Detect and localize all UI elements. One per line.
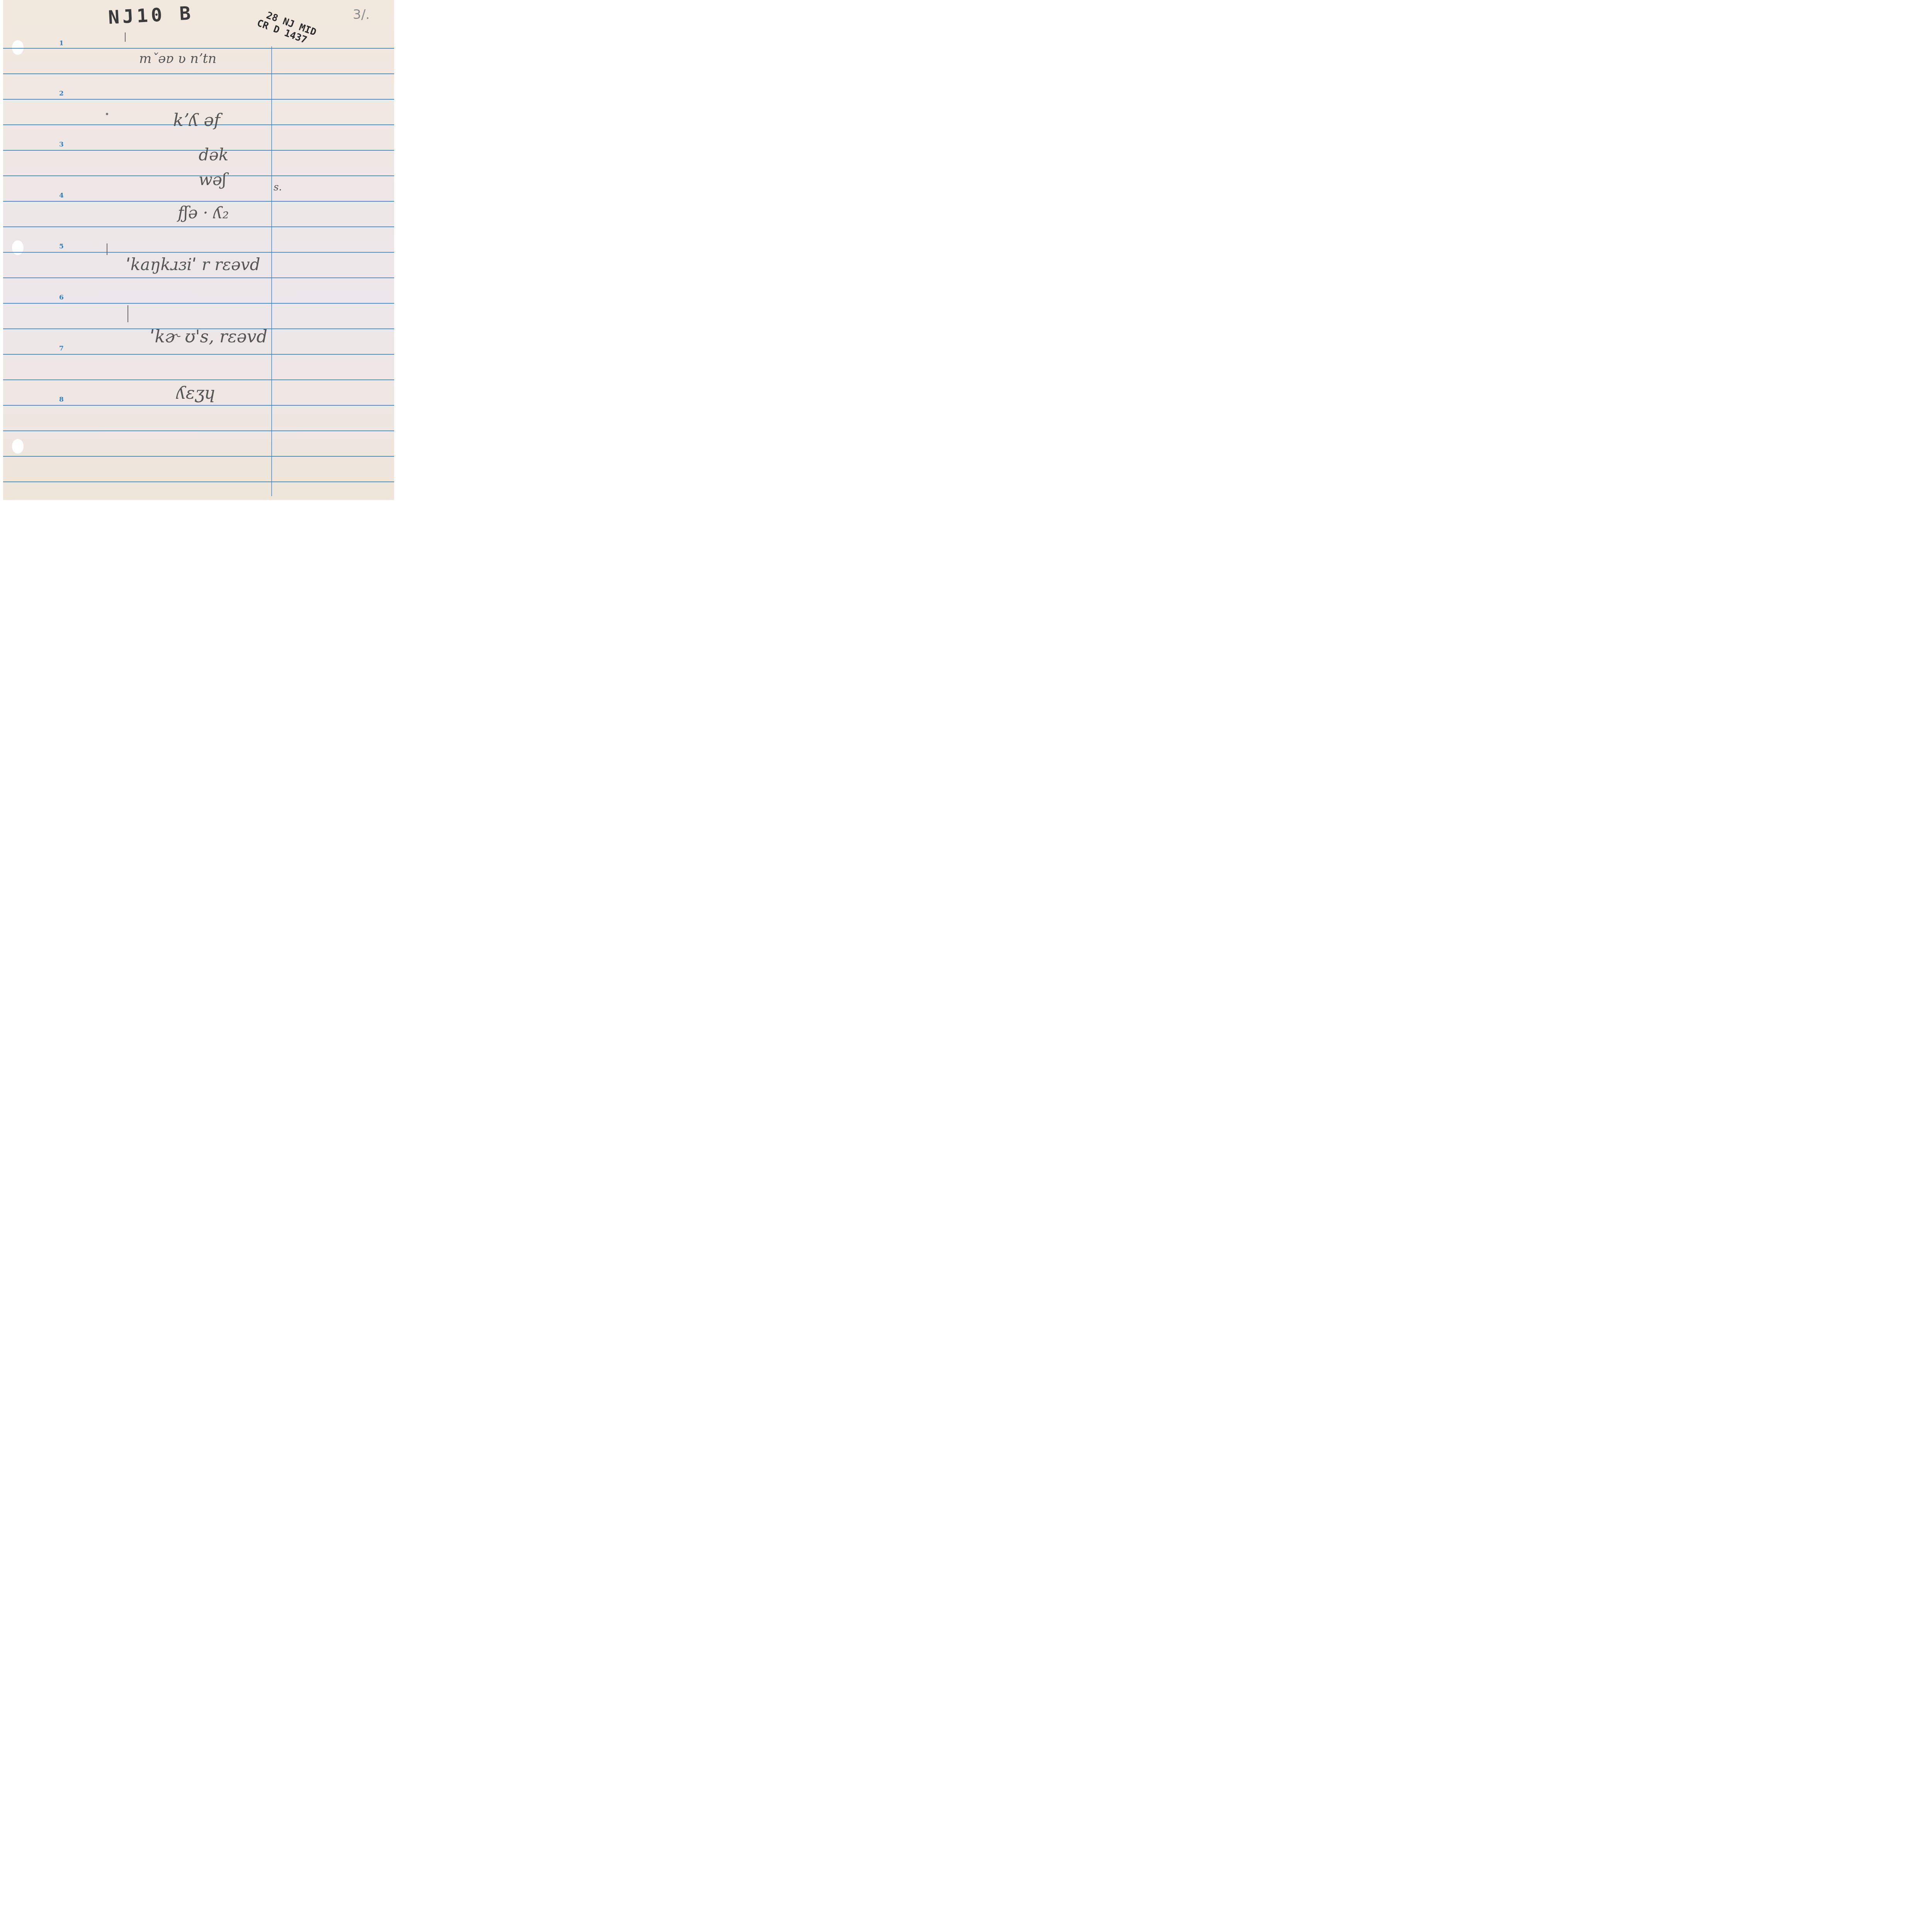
ruling-line: [3, 252, 394, 253]
date-stamp: 28 NJ MID CR D 1437: [256, 8, 318, 48]
row-number-6: 6: [57, 294, 66, 301]
ruling-line: [3, 456, 394, 457]
ruling-line: [3, 277, 394, 278]
row-number-4: 4: [57, 192, 66, 199]
stress-mark: [128, 305, 128, 322]
entry-row-6-7: ˈkɚ ʊ's, rɛəvd: [150, 327, 267, 347]
page-number: 3/.: [353, 7, 370, 22]
ruling-line: [3, 73, 394, 74]
entry-row-4: fʃə · ʎ₂: [178, 203, 229, 222]
row-number-2: 2: [57, 90, 66, 97]
entry-row-3: dək: [199, 145, 228, 164]
binder-hole-bottom: [12, 439, 24, 454]
ruling-line: [3, 481, 394, 482]
pencil-tick-mark: [125, 32, 126, 42]
ruling-line: [3, 201, 394, 202]
entry-row-3b: wəʃ: [199, 170, 226, 189]
row-number-7: 7: [57, 345, 66, 352]
notebook-page: 1 2 3 4 5 6 7 8 NJ10 B 28 NJ MID CR D 14…: [3, 0, 394, 500]
binder-hole-middle: [12, 240, 24, 255]
row-number-3: 3: [57, 141, 66, 148]
ruling-line: [3, 405, 394, 406]
ruling-line: [3, 303, 394, 304]
ruling-line: [3, 354, 394, 355]
stress-mark: [107, 243, 107, 255]
pencil-dot: [106, 113, 108, 115]
entry-row-2: kʼʎ əf: [173, 111, 220, 130]
binder-hole-top: [12, 40, 24, 55]
typed-code-stamp: NJ10 B: [108, 2, 194, 29]
row-number-8: 8: [57, 396, 66, 403]
row-number-5: 5: [57, 243, 66, 250]
ruling-line: [3, 379, 394, 380]
right-margin-line: [271, 46, 272, 496]
ruling-line: [3, 430, 394, 431]
margin-note-s: s.: [274, 182, 282, 193]
row-number-1: 1: [57, 39, 66, 47]
ruling-line: [3, 48, 394, 49]
ruling-line: [3, 226, 394, 227]
entry-row-5: ˈkaŋkɹɜiˈ r rɛəvd: [126, 255, 260, 274]
entry-row-1: mˇəɐ ʋ nʼtn: [139, 51, 216, 66]
entry-row-8: ʎεʒɥ: [176, 383, 216, 403]
ruling-line: [3, 99, 394, 100]
